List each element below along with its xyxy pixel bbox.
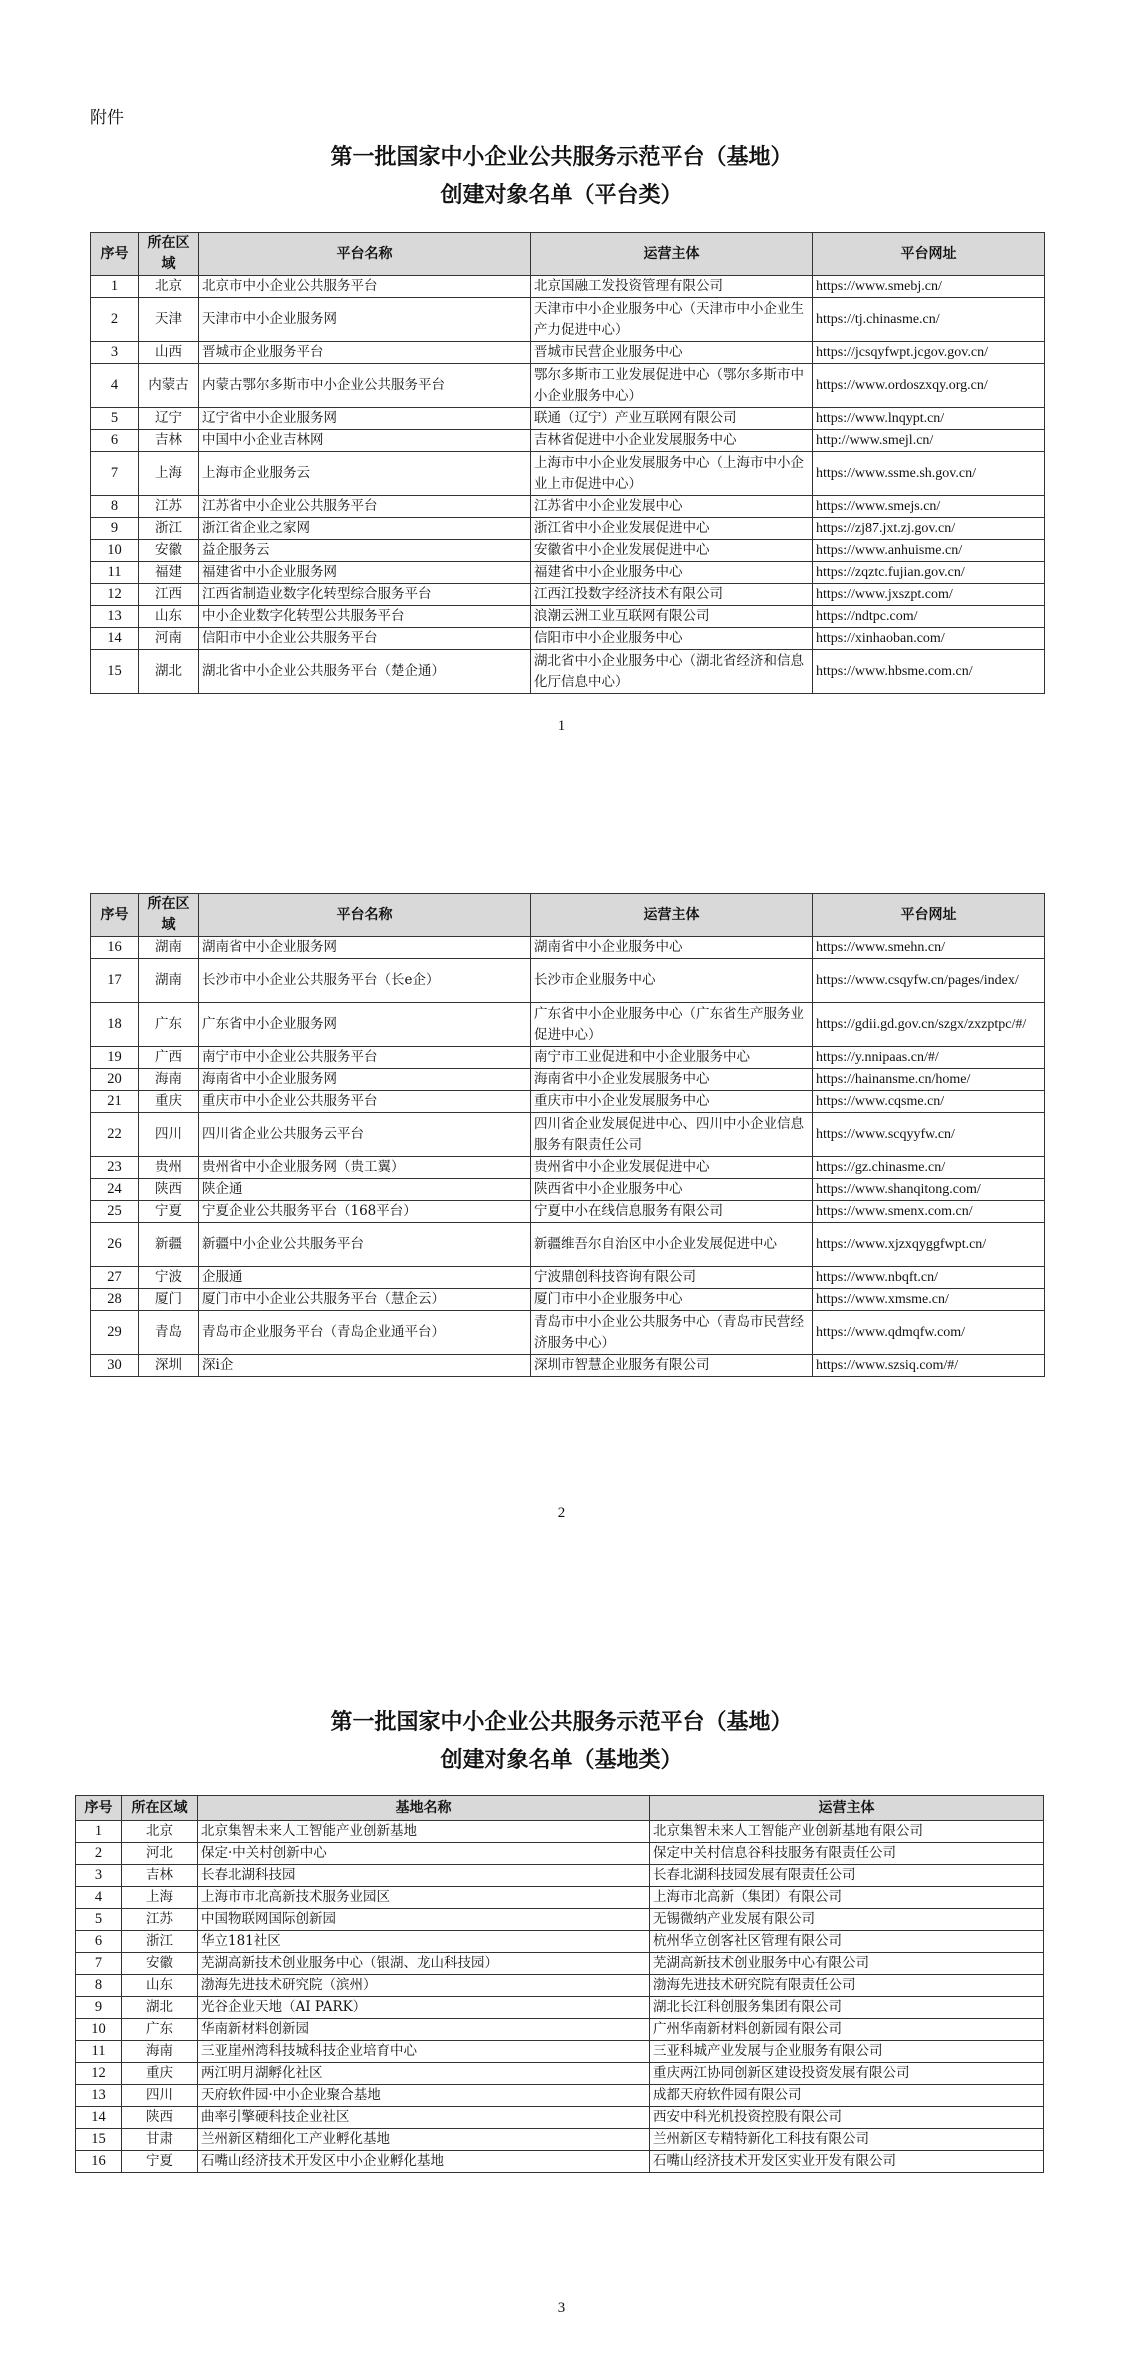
table-row: 1北京北京集智未来人工智能产业创新基地北京集智未来人工智能产业创新基地有限公司: [76, 1821, 1044, 1843]
region-cell: 深圳: [139, 1355, 199, 1377]
row-number: 17: [91, 959, 139, 1003]
operator-cell: 陕西省中小企业服务中心: [531, 1179, 813, 1201]
table-row: 26新疆新疆中小企业公共服务平台新疆维吾尔自治区中小企业发展促进中心https:…: [91, 1223, 1045, 1267]
platform-name-cell: 辽宁省中小企业服务网: [199, 408, 531, 430]
row-number: 6: [91, 430, 139, 452]
row-number: 15: [91, 650, 139, 694]
region-cell: 内蒙古: [139, 364, 199, 408]
row-number: 9: [76, 1997, 122, 2019]
region-cell: 辽宁: [139, 408, 199, 430]
row-number: 10: [76, 2019, 122, 2041]
table-row: 9湖北光谷企业天地（AI PARK）湖北长江科创服务集团有限公司: [76, 1997, 1044, 2019]
base-name-cell: 芜湖高新技术创业服务中心（银湖、龙山科技园）: [198, 1953, 650, 1975]
url-link[interactable]: https://zj87.jxt.zj.gov.cn/: [813, 518, 1045, 540]
operator-cell: 宁夏中小在线信息服务有限公司: [531, 1201, 813, 1223]
operator-cell: 天津市中小企业服务中心（天津市中小企业生产力促进中心）: [531, 298, 813, 342]
header-region: 所在区域: [139, 233, 199, 276]
base-name-cell: 曲率引擎硬科技企业社区: [198, 2107, 650, 2129]
region-cell: 北京: [139, 276, 199, 298]
platform-name-cell: 信阳市中小企业公共服务平台: [199, 628, 531, 650]
row-number: 28: [91, 1289, 139, 1311]
platform-name-cell: 益企服务云: [199, 540, 531, 562]
header-operator: 运营主体: [650, 1796, 1044, 1821]
table-row: 8山东渤海先进技术研究院（滨州）渤海先进技术研究院有限责任公司: [76, 1975, 1044, 1997]
row-number: 2: [91, 298, 139, 342]
region-cell: 湖北: [139, 650, 199, 694]
operator-cell: 浙江省中小企业发展促进中心: [531, 518, 813, 540]
region-cell: 江苏: [122, 1909, 198, 1931]
page3-title-line1: 第一批国家中小企业公共服务示范平台（基地）: [0, 1705, 1123, 1736]
row-number: 19: [91, 1047, 139, 1069]
platform-name-cell: 上海市企业服务云: [199, 452, 531, 496]
row-number: 15: [76, 2129, 122, 2151]
operator-cell: 鄂尔多斯市工业发展促进中心（鄂尔多斯市中小企业服务中心）: [531, 364, 813, 408]
platform-name-cell: 企服通: [199, 1267, 531, 1289]
base-name-cell: 三亚崖州湾科技城科技企业培育中心: [198, 2041, 650, 2063]
url-link[interactable]: https://ndtpc.com/: [813, 606, 1045, 628]
region-cell: 山东: [122, 1975, 198, 1997]
operator-cell: 南宁市工业促进和中小企业服务中心: [531, 1047, 813, 1069]
region-cell: 浙江: [122, 1931, 198, 1953]
page-number-2: 2: [0, 1505, 1123, 1522]
row-number: 13: [91, 606, 139, 628]
row-number: 2: [76, 1843, 122, 1865]
platform-name-cell: 青岛市企业服务平台（青岛企业通平台）: [199, 1311, 531, 1355]
operator-cell: 江西江投数字经济技术有限公司: [531, 584, 813, 606]
row-number: 22: [91, 1113, 139, 1157]
table-row: 10安徽益企服务云安徽省中小企业发展促进中心https://www.anhuis…: [91, 540, 1045, 562]
table-row: 3山西晋城市企业服务平台晋城市民营企业服务中心https://jcsqyfwpt…: [91, 342, 1045, 364]
region-cell: 安徽: [122, 1953, 198, 1975]
platform-name-cell: 晋城市企业服务平台: [199, 342, 531, 364]
page1-title-line2: 创建对象名单（平台类）: [0, 178, 1123, 209]
operator-cell: 四川省企业发展促进中心、四川中小企业信息服务有限责任公司: [531, 1113, 813, 1157]
operator-cell: 深圳市智慧企业服务有限公司: [531, 1355, 813, 1377]
url-link[interactable]: https://hainansme.cn/home/: [813, 1069, 1045, 1091]
base-name-cell: 长春北湖科技园: [198, 1865, 650, 1887]
url-link[interactable]: https://www.ordoszxqy.org.cn/: [813, 364, 1045, 408]
row-number: 13: [76, 2085, 122, 2107]
url-link[interactable]: https://www.lnqypt.cn/: [813, 408, 1045, 430]
platform-name-cell: 重庆市中小企业公共服务平台: [199, 1091, 531, 1113]
url-link[interactable]: https://www.smehn.cn/: [813, 937, 1045, 959]
table-row: 14陕西曲率引擎硬科技企业社区西安中科光机投资控股有限公司: [76, 2107, 1044, 2129]
operator-cell: 北京集智未来人工智能产业创新基地有限公司: [650, 1821, 1044, 1843]
table-row: 8江苏江苏省中小企业公共服务平台江苏省中小企业发展中心https://www.s…: [91, 496, 1045, 518]
url-link[interactable]: https://www.smebj.cn/: [813, 276, 1045, 298]
row-number: 1: [91, 276, 139, 298]
row-number: 20: [91, 1069, 139, 1091]
row-number: 4: [91, 364, 139, 408]
region-cell: 甘肃: [122, 2129, 198, 2151]
url-link[interactable]: https://www.qdmqfw.com/: [813, 1311, 1045, 1355]
region-cell: 海南: [122, 2041, 198, 2063]
region-cell: 江苏: [139, 496, 199, 518]
row-number: 29: [91, 1311, 139, 1355]
url-link[interactable]: https://zqztc.fujian.gov.cn/: [813, 562, 1045, 584]
table-row: 20海南海南省中小企业服务网海南省中小企业发展服务中心https://haina…: [91, 1069, 1045, 1091]
region-cell: 江西: [139, 584, 199, 606]
header-region: 所在区域: [139, 894, 199, 937]
operator-cell: 晋城市民营企业服务中心: [531, 342, 813, 364]
platform-name-cell: 贵州省中小企业服务网（贵工翼）: [199, 1157, 531, 1179]
table-row: 22四川四川省企业公共服务云平台四川省企业发展促进中心、四川中小企业信息服务有限…: [91, 1113, 1045, 1157]
row-number: 8: [76, 1975, 122, 1997]
url-link[interactable]: http://www.smejl.cn/: [813, 430, 1045, 452]
platform-name-cell: 四川省企业公共服务云平台: [199, 1113, 531, 1157]
table-header-row: 序号 所在区域 平台名称 运营主体 平台网址: [91, 233, 1045, 276]
operator-cell: 宁波鼎创科技咨询有限公司: [531, 1267, 813, 1289]
url-link[interactable]: https://gdii.gd.gov.cn/szgx/zxzptpc/#/: [813, 1003, 1045, 1047]
operator-cell: 联通（辽宁）产业互联网有限公司: [531, 408, 813, 430]
row-number: 12: [76, 2063, 122, 2085]
region-cell: 宁夏: [122, 2151, 198, 2173]
row-number: 5: [76, 1909, 122, 1931]
operator-cell: 浪潮云洲工业互联网有限公司: [531, 606, 813, 628]
operator-cell: 新疆维吾尔自治区中小企业发展促进中心: [531, 1223, 813, 1267]
table-row: 21重庆重庆市中小企业公共服务平台重庆市中小企业发展服务中心https://ww…: [91, 1091, 1045, 1113]
url-link[interactable]: https://gz.chinasme.cn/: [813, 1157, 1045, 1179]
operator-cell: 青岛市中小企业公共服务中心（青岛市民营经济服务中心）: [531, 1311, 813, 1355]
region-cell: 广西: [139, 1047, 199, 1069]
operator-cell: 福建省中小企业服务中心: [531, 562, 813, 584]
operator-cell: 北京国融工发投资管理有限公司: [531, 276, 813, 298]
header-platform-name: 平台名称: [199, 894, 531, 937]
table-row: 25宁夏宁夏企业公共服务平台（168平台）宁夏中小在线信息服务有限公司https…: [91, 1201, 1045, 1223]
region-cell: 上海: [139, 452, 199, 496]
operator-cell: 兰州新区专精特新化工科技有限公司: [650, 2129, 1044, 2151]
table-row: 15甘肃兰州新区精细化工产业孵化基地兰州新区专精特新化工科技有限公司: [76, 2129, 1044, 2151]
operator-cell: 吉林省促进中小企业发展服务中心: [531, 430, 813, 452]
row-number: 14: [91, 628, 139, 650]
header-url: 平台网址: [813, 894, 1045, 937]
operator-cell: 江苏省中小企业发展中心: [531, 496, 813, 518]
table-row: 12江西江西省制造业数字化转型综合服务平台江西江投数字经济技术有限公司https…: [91, 584, 1045, 606]
operator-cell: 成都天府软件园有限公司: [650, 2085, 1044, 2107]
platform-name-cell: 深i企: [199, 1355, 531, 1377]
table-row: 7安徽芜湖高新技术创业服务中心（银湖、龙山科技园）芜湖高新技术创业服务中心有限公…: [76, 1953, 1044, 1975]
row-number: 14: [76, 2107, 122, 2129]
attachment-label: 附件: [90, 103, 124, 128]
operator-cell: 湖南省中小企业服务中心: [531, 937, 813, 959]
operator-cell: 保定中关村信息谷科技服务有限责任公司: [650, 1843, 1044, 1865]
region-cell: 北京: [122, 1821, 198, 1843]
region-cell: 吉林: [139, 430, 199, 452]
header-region: 所在区域: [122, 1796, 198, 1821]
table-row: 11福建福建省中小企业服务网福建省中小企业服务中心https://zqztc.f…: [91, 562, 1045, 584]
operator-cell: 海南省中小企业发展服务中心: [531, 1069, 813, 1091]
base-name-cell: 光谷企业天地（AI PARK）: [198, 1997, 650, 2019]
region-cell: 湖南: [139, 959, 199, 1003]
row-number: 8: [91, 496, 139, 518]
table-row: 10广东华南新材料创新园广州华南新材料创新园有限公司: [76, 2019, 1044, 2041]
table-row: 13山东中小企业数字化转型公共服务平台浪潮云洲工业互联网有限公司https://…: [91, 606, 1045, 628]
url-link[interactable]: https://www.xmsme.cn/: [813, 1289, 1045, 1311]
url-link[interactable]: https://www.anhuisme.cn/: [813, 540, 1045, 562]
platform-name-cell: 浙江省企业之家网: [199, 518, 531, 540]
base-name-cell: 上海市市北高新技术服务业园区: [198, 1887, 650, 1909]
operator-cell: 无锡微纳产业发展有限公司: [650, 1909, 1044, 1931]
table-row: 27宁波企服通宁波鼎创科技咨询有限公司https://www.nbqft.cn/: [91, 1267, 1045, 1289]
table-row: 1北京北京市中小企业公共服务平台北京国融工发投资管理有限公司https://ww…: [91, 276, 1045, 298]
table-row: 12重庆两江明月湖孵化社区重庆两江协同创新区建设投资发展有限公司: [76, 2063, 1044, 2085]
region-cell: 青岛: [139, 1311, 199, 1355]
row-number: 21: [91, 1091, 139, 1113]
table-row: 18广东广东省中小企业服务网广东省中小企业服务中心（广东省生产服务业促进中心）h…: [91, 1003, 1045, 1047]
page1-title-line1: 第一批国家中小企业公共服务示范平台（基地）: [0, 140, 1123, 171]
row-number: 11: [91, 562, 139, 584]
platform-name-cell: 江苏省中小企业公共服务平台: [199, 496, 531, 518]
region-cell: 陕西: [122, 2107, 198, 2129]
region-cell: 湖北: [122, 1997, 198, 2019]
region-cell: 浙江: [139, 518, 199, 540]
row-number: 12: [91, 584, 139, 606]
platform-name-cell: 中小企业数字化转型公共服务平台: [199, 606, 531, 628]
row-number: 27: [91, 1267, 139, 1289]
base-name-cell: 中国物联网国际创新园: [198, 1909, 650, 1931]
header-url: 平台网址: [813, 233, 1045, 276]
table-row: 4上海上海市市北高新技术服务业园区上海市北高新（集团）有限公司: [76, 1887, 1044, 1909]
url-link[interactable]: https://www.shanqitong.com/: [813, 1179, 1045, 1201]
row-number: 26: [91, 1223, 139, 1267]
region-cell: 重庆: [139, 1091, 199, 1113]
operator-cell: 信阳市中小企业服务中心: [531, 628, 813, 650]
platform-name-cell: 海南省中小企业服务网: [199, 1069, 531, 1091]
row-number: 9: [91, 518, 139, 540]
row-number: 1: [76, 1821, 122, 1843]
table-row: 9浙江浙江省企业之家网浙江省中小企业发展促进中心https://zj87.jxt…: [91, 518, 1045, 540]
url-link[interactable]: https://www.smejs.cn/: [813, 496, 1045, 518]
operator-cell: 渤海先进技术研究院有限责任公司: [650, 1975, 1044, 1997]
row-number: 6: [76, 1931, 122, 1953]
url-link[interactable]: https://tj.chinasme.cn/: [813, 298, 1045, 342]
operator-cell: 贵州省中小企业发展促进中心: [531, 1157, 813, 1179]
row-number: 11: [76, 2041, 122, 2063]
header-operator: 运营主体: [531, 894, 813, 937]
region-cell: 山西: [139, 342, 199, 364]
base-name-cell: 华立181社区: [198, 1931, 650, 1953]
url-link[interactable]: https://y.nnipaas.cn/#/: [813, 1047, 1045, 1069]
base-name-cell: 两江明月湖孵化社区: [198, 2063, 650, 2085]
base-name-cell: 北京集智未来人工智能产业创新基地: [198, 1821, 650, 1843]
table-row: 17湖南长沙市中小企业公共服务平台（长e企）长沙市企业服务中心https://w…: [91, 959, 1045, 1003]
platform-table-part1: 序号 所在区域 平台名称 运营主体 平台网址 1北京北京市中小企业公共服务平台北…: [90, 232, 1045, 694]
base-name-cell: 兰州新区精细化工产业孵化基地: [198, 2129, 650, 2151]
operator-cell: 广东省中小企业服务中心（广东省生产服务业促进中心）: [531, 1003, 813, 1047]
url-link[interactable]: https://www.cqsme.cn/: [813, 1091, 1045, 1113]
operator-cell: 厦门市中小企业服务中心: [531, 1289, 813, 1311]
operator-cell: 石嘴山经济技术开发区实业开发有限公司: [650, 2151, 1044, 2173]
url-link[interactable]: https://www.smenx.com.cn/: [813, 1201, 1045, 1223]
region-cell: 四川: [139, 1113, 199, 1157]
region-cell: 陕西: [139, 1179, 199, 1201]
header-no: 序号: [76, 1796, 122, 1821]
operator-cell: 三亚科城产业发展与企业服务有限公司: [650, 2041, 1044, 2063]
operator-cell: 西安中科光机投资控股有限公司: [650, 2107, 1044, 2129]
region-cell: 安徽: [139, 540, 199, 562]
region-cell: 海南: [139, 1069, 199, 1091]
table-header-row: 序号 所在区域 平台名称 运营主体 平台网址: [91, 894, 1045, 937]
url-link[interactable]: https://www.nbqft.cn/: [813, 1267, 1045, 1289]
platform-name-cell: 北京市中小企业公共服务平台: [199, 276, 531, 298]
header-base-name: 基地名称: [198, 1796, 650, 1821]
operator-cell: 湖北省中小企业服务中心（湖北省经济和信息化厅信息中心）: [531, 650, 813, 694]
header-no: 序号: [91, 894, 139, 937]
region-cell: 贵州: [139, 1157, 199, 1179]
url-link[interactable]: https://www.hbsme.com.cn/: [813, 650, 1045, 694]
base-name-cell: 天府软件园·中小企业聚合基地: [198, 2085, 650, 2107]
table-row: 3吉林长春北湖科技园长春北湖科技园发展有限责任公司: [76, 1865, 1044, 1887]
row-number: 7: [91, 452, 139, 496]
platform-name-cell: 江西省制造业数字化转型综合服务平台: [199, 584, 531, 606]
url-link[interactable]: https://www.csqyfw.cn/pages/index/: [813, 959, 1045, 1003]
operator-cell: 杭州华立创客社区管理有限公司: [650, 1931, 1044, 1953]
table-row: 16湖南湖南省中小企业服务网湖南省中小企业服务中心https://www.sme…: [91, 937, 1045, 959]
base-name-cell: 渤海先进技术研究院（滨州）: [198, 1975, 650, 1997]
table-row: 11海南三亚崖州湾科技城科技企业培育中心三亚科城产业发展与企业服务有限公司: [76, 2041, 1044, 2063]
region-cell: 广东: [122, 2019, 198, 2041]
platform-name-cell: 湖北省中小企业公共服务平台（楚企通）: [199, 650, 531, 694]
table-row: 6浙江华立181社区杭州华立创客社区管理有限公司: [76, 1931, 1044, 1953]
platform-name-cell: 内蒙古鄂尔多斯市中小企业公共服务平台: [199, 364, 531, 408]
table-row: 19广西南宁市中小企业公共服务平台南宁市工业促进和中小企业服务中心https:/…: [91, 1047, 1045, 1069]
row-number: 16: [76, 2151, 122, 2173]
operator-cell: 重庆市中小企业发展服务中心: [531, 1091, 813, 1113]
base-name-cell: 华南新材料创新园: [198, 2019, 650, 2041]
header-no: 序号: [91, 233, 139, 276]
region-cell: 四川: [122, 2085, 198, 2107]
row-number: 24: [91, 1179, 139, 1201]
table-row: 5江苏中国物联网国际创新园无锡微纳产业发展有限公司: [76, 1909, 1044, 1931]
platform-name-cell: 天津市中小企业服务网: [199, 298, 531, 342]
row-number: 3: [91, 342, 139, 364]
row-number: 23: [91, 1157, 139, 1179]
url-link[interactable]: https://www.scqyyfw.cn/: [813, 1113, 1045, 1157]
region-cell: 山东: [139, 606, 199, 628]
table-row: 14河南信阳市中小企业公共服务平台信阳市中小企业服务中心https://xinh…: [91, 628, 1045, 650]
table-row: 5辽宁辽宁省中小企业服务网联通（辽宁）产业互联网有限公司https://www.…: [91, 408, 1045, 430]
url-link[interactable]: https://www.jxszpt.com/: [813, 584, 1045, 606]
region-cell: 宁夏: [139, 1201, 199, 1223]
table-row: 13四川天府软件园·中小企业聚合基地成都天府软件园有限公司: [76, 2085, 1044, 2107]
table-row: 2河北保定·中关村创新中心保定中关村信息谷科技服务有限责任公司: [76, 1843, 1044, 1865]
table-row: 7上海上海市企业服务云上海市中小企业发展服务中心（上海市中小企业上市促进中心）h…: [91, 452, 1045, 496]
url-link[interactable]: https://www.xjzxqyggfwpt.cn/: [813, 1223, 1045, 1267]
region-cell: 河北: [122, 1843, 198, 1865]
table-header-row: 序号 所在区域 基地名称 运营主体: [76, 1796, 1044, 1821]
region-cell: 福建: [139, 562, 199, 584]
platform-name-cell: 宁夏企业公共服务平台（168平台）: [199, 1201, 531, 1223]
row-number: 30: [91, 1355, 139, 1377]
table-row: 2天津天津市中小企业服务网天津市中小企业服务中心（天津市中小企业生产力促进中心）…: [91, 298, 1045, 342]
operator-cell: 安徽省中小企业发展促进中心: [531, 540, 813, 562]
base-table: 序号 所在区域 基地名称 运营主体 1北京北京集智未来人工智能产业创新基地北京集…: [75, 1795, 1044, 2173]
table-row: 28厦门厦门市中小企业公共服务平台（慧企云）厦门市中小企业服务中心https:/…: [91, 1289, 1045, 1311]
operator-cell: 重庆两江协同创新区建设投资发展有限公司: [650, 2063, 1044, 2085]
url-link[interactable]: https://www.ssme.sh.gov.cn/: [813, 452, 1045, 496]
row-number: 25: [91, 1201, 139, 1223]
base-name-cell: 保定·中关村创新中心: [198, 1843, 650, 1865]
row-number: 5: [91, 408, 139, 430]
page-number-3: 3: [0, 2300, 1123, 2317]
operator-cell: 长春北湖科技园发展有限责任公司: [650, 1865, 1044, 1887]
operator-cell: 芜湖高新技术创业服务中心有限公司: [650, 1953, 1044, 1975]
region-cell: 湖南: [139, 937, 199, 959]
region-cell: 吉林: [122, 1865, 198, 1887]
region-cell: 宁波: [139, 1267, 199, 1289]
row-number: 18: [91, 1003, 139, 1047]
table-row: 30深圳深i企深圳市智慧企业服务有限公司https://www.szsiq.co…: [91, 1355, 1045, 1377]
platform-name-cell: 湖南省中小企业服务网: [199, 937, 531, 959]
platform-name-cell: 中国中小企业吉林网: [199, 430, 531, 452]
region-cell: 重庆: [122, 2063, 198, 2085]
region-cell: 厦门: [139, 1289, 199, 1311]
row-number: 16: [91, 937, 139, 959]
platform-name-cell: 南宁市中小企业公共服务平台: [199, 1047, 531, 1069]
region-cell: 新疆: [139, 1223, 199, 1267]
table-row: 15湖北湖北省中小企业公共服务平台（楚企通）湖北省中小企业服务中心（湖北省经济和…: [91, 650, 1045, 694]
operator-cell: 湖北长江科创服务集团有限公司: [650, 1997, 1044, 2019]
table-row: 4内蒙古内蒙古鄂尔多斯市中小企业公共服务平台鄂尔多斯市工业发展促进中心（鄂尔多斯…: [91, 364, 1045, 408]
platform-name-cell: 陕企通: [199, 1179, 531, 1201]
platform-name-cell: 长沙市中小企业公共服务平台（长e企）: [199, 959, 531, 1003]
row-number: 10: [91, 540, 139, 562]
url-link[interactable]: https://xinhaoban.com/: [813, 628, 1045, 650]
url-link[interactable]: https://jcsqyfwpt.jcgov.gov.cn/: [813, 342, 1045, 364]
platform-name-cell: 厦门市中小企业公共服务平台（慧企云）: [199, 1289, 531, 1311]
platform-table-part2: 序号 所在区域 平台名称 运营主体 平台网址 16湖南湖南省中小企业服务网湖南省…: [90, 893, 1045, 1377]
table-row: 16宁夏石嘴山经济技术开发区中小企业孵化基地石嘴山经济技术开发区实业开发有限公司: [76, 2151, 1044, 2173]
region-cell: 上海: [122, 1887, 198, 1909]
table-row: 6吉林中国中小企业吉林网吉林省促进中小企业发展服务中心http://www.sm…: [91, 430, 1045, 452]
table-row: 24陕西陕企通陕西省中小企业服务中心https://www.shanqitong…: [91, 1179, 1045, 1201]
page-number-1: 1: [0, 718, 1123, 735]
row-number: 4: [76, 1887, 122, 1909]
region-cell: 天津: [139, 298, 199, 342]
table-row: 29青岛青岛市企业服务平台（青岛企业通平台）青岛市中小企业公共服务中心（青岛市民…: [91, 1311, 1045, 1355]
page3-title-line2: 创建对象名单（基地类）: [0, 1743, 1123, 1774]
operator-cell: 广州华南新材料创新园有限公司: [650, 2019, 1044, 2041]
operator-cell: 上海市中小企业发展服务中心（上海市中小企业上市促进中心）: [531, 452, 813, 496]
row-number: 7: [76, 1953, 122, 1975]
platform-name-cell: 广东省中小企业服务网: [199, 1003, 531, 1047]
platform-name-cell: 福建省中小企业服务网: [199, 562, 531, 584]
region-cell: 广东: [139, 1003, 199, 1047]
header-platform-name: 平台名称: [199, 233, 531, 276]
operator-cell: 上海市北高新（集团）有限公司: [650, 1887, 1044, 1909]
platform-name-cell: 新疆中小企业公共服务平台: [199, 1223, 531, 1267]
base-name-cell: 石嘴山经济技术开发区中小企业孵化基地: [198, 2151, 650, 2173]
table-row: 23贵州贵州省中小企业服务网（贵工翼）贵州省中小企业发展促进中心https://…: [91, 1157, 1045, 1179]
row-number: 3: [76, 1865, 122, 1887]
operator-cell: 长沙市企业服务中心: [531, 959, 813, 1003]
header-operator: 运营主体: [531, 233, 813, 276]
region-cell: 河南: [139, 628, 199, 650]
url-link[interactable]: https://www.szsiq.com/#/: [813, 1355, 1045, 1377]
